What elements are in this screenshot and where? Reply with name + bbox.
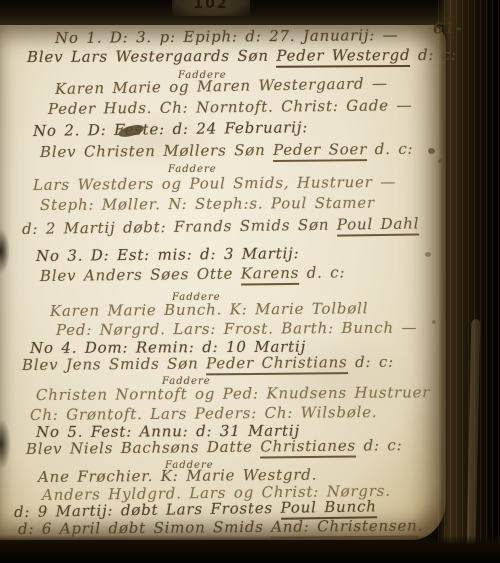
ink-blot <box>428 148 435 154</box>
record-line: Blev Jens Smids Søn Peder Christians d: … <box>22 353 394 374</box>
record-line: Christen Norntoft og Ped: Knudsens Hustr… <box>36 383 430 404</box>
record-line: No 2. D: Feste: d: 24 Februarij: <box>33 118 308 140</box>
faddere-label: Faddere <box>168 164 217 175</box>
top-shadow-band <box>0 0 500 25</box>
folio-stamp: 102 <box>172 0 250 16</box>
record-line: Steph: Møller. N: Steph:s. Poul Stamer <box>40 194 375 214</box>
page-number: 61- <box>433 18 464 37</box>
record-line: d: 6 April døbt Simon Smids And: Christe… <box>18 516 423 538</box>
ink-blot <box>425 252 431 257</box>
record-line: Ch: Grøntoft. Lars Peders: Ch: Wilsbøle. <box>30 403 378 424</box>
record-line: No 1. D: 3. p: Epiph: d: 27. Januarij: — <box>55 26 399 47</box>
record-line: Karen Marie Bunch. K: Marie Tolbøll <box>50 299 368 320</box>
record-line: Lars Westders og Poul Smids, Hustruer — <box>33 173 396 194</box>
record-line: Ped: Nørgrd. Lars: Frost. Barth: Bunch — <box>56 318 417 339</box>
record-line: Peder Huds. Ch: Norntoft. Christ: Gade — <box>48 96 412 118</box>
bottom-shadow-band <box>0 535 500 563</box>
ink-blot <box>438 159 442 163</box>
record-line: Blev Christen Møllers Søn Peder Soer d. … <box>40 140 414 161</box>
manuscript-photo: 102 61- No 1. D: 3. p: Epiph: d: 27. Jan… <box>0 0 500 563</box>
record-line: Blev Lars Westergaards Søn Peder Westerg… <box>27 46 457 66</box>
folio-stamp-text: 102 <box>193 0 228 12</box>
record-line: Blev Niels Bachsøns Datte Christianes d:… <box>26 436 403 458</box>
ink-blot <box>432 320 436 324</box>
record-line: Blev Anders Søes Otte Karens d. c: <box>40 263 346 285</box>
record-line: No 3. D: Est: mis: d: 3 Martij: <box>36 244 300 265</box>
